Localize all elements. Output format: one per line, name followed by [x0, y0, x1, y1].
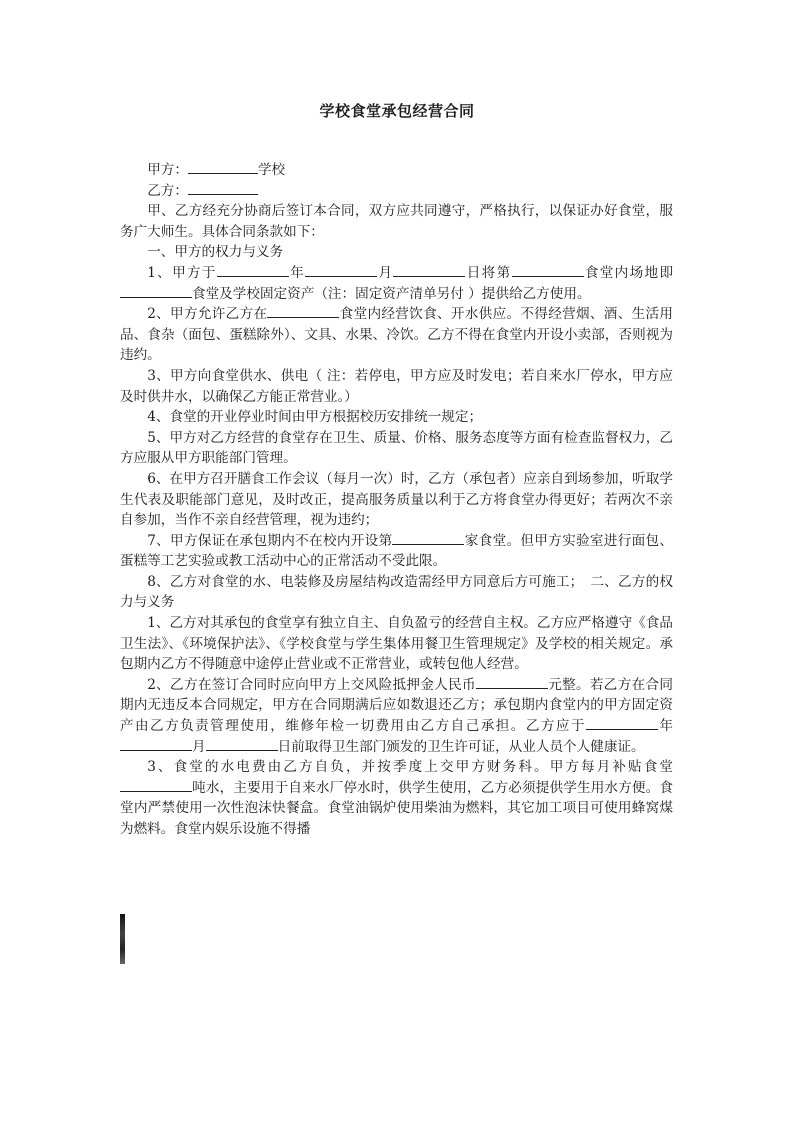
- blank-day: [206, 737, 278, 751]
- text: 2、甲方允许乙方在: [147, 306, 267, 322]
- text: 1、甲方于: [147, 265, 217, 281]
- blank-canteen-name: [267, 304, 339, 318]
- party-a-line: 甲方：学校: [120, 160, 673, 181]
- text: 食堂内场地即: [584, 265, 674, 281]
- document-title: 学校食堂承包经营合同: [0, 101, 794, 121]
- section1-clause4: 4、食堂的开业停业时间由甲方根据校历安排统一规定；: [120, 407, 673, 428]
- intro-paragraph: 甲、乙方经充分协商后签订本合同，双方应共同遵守，严格执行，以保证办好食堂，服务广…: [120, 201, 673, 242]
- section1-heading: 一、甲方的权力与义务: [120, 242, 673, 263]
- blank-month: [120, 737, 192, 751]
- section1-clause1: 1、甲方于年月日将第食堂内场地即食堂及学校固定资产（注：固定资产清单另付 ）提供…: [120, 263, 673, 304]
- section1-clause2: 2、甲方允许乙方在食堂内经营饮食、开水供应。不得经营烟、酒、生活用品、食杂（面包…: [120, 304, 673, 366]
- party-a-blank: [188, 160, 258, 174]
- section2-clause2: 2、乙方在签订合同时应向甲方上交风险抵押金人民币元整。若乙方在合同期内无违反本合…: [120, 675, 673, 757]
- party-b-blank: [188, 181, 258, 195]
- section1-clause3: 3、甲方向食堂供水、供电（ 注：若停电，甲方应及时发电；若自来水厂停水，甲方应及…: [120, 366, 673, 407]
- party-b-label: 乙方：: [147, 183, 188, 199]
- party-a-label: 甲方：: [147, 162, 188, 178]
- section2-clause3: 3、食堂的水电费由乙方自负，并按季度上交甲方财务科。甲方每月补贴食堂吨水，主要用…: [120, 757, 673, 839]
- text: 日前取得卫生部门颁发的卫生许可证，从业人员个人健康证。: [278, 739, 645, 755]
- party-b-line: 乙方：: [120, 181, 673, 202]
- text: 日将第: [465, 265, 511, 281]
- text: 7、甲方保证在承包期内不在校内开设第: [147, 533, 392, 549]
- section1-clause5: 5、甲方对乙方经营的食堂存在卫生、质量、价格、服务态度等方面有检查监督权力，乙方…: [120, 428, 673, 469]
- section1-clause6: 6、在甲方召开膳食工作会议（每月一次）时，乙方（承包者）应亲自到场参加，听取学生…: [120, 469, 673, 531]
- document-page: 学校食堂承包经营合同 甲方：学校 乙方： 甲、乙方经充分协商后签订本合同，双方应…: [0, 0, 794, 1123]
- text: 年: [289, 265, 305, 281]
- text: 3、食堂的水电费由乙方自负，并按季度上交甲方财务科。甲方每月补贴食堂: [147, 759, 673, 775]
- text: 月: [377, 265, 393, 281]
- document-body: 甲方：学校 乙方： 甲、乙方经充分协商后签订本合同，双方应共同遵守，严格执行，以…: [120, 160, 673, 840]
- section1-clause8: 8、乙方对食堂的水、电装修及房屋结构改造需经甲方同意后方可施工； 二、乙方的权力…: [120, 572, 673, 613]
- party-a-suffix: 学校: [258, 162, 285, 178]
- blank-canteen-no: [512, 263, 584, 277]
- text: 月: [192, 739, 206, 755]
- margin-mark: [120, 914, 125, 964]
- section1-clause7: 7、甲方保证在承包期内不在校内开设第家食堂。但甲方实验室进行面包、蛋糕等工艺实验…: [120, 531, 673, 572]
- blank-deposit: [476, 675, 548, 689]
- text: 吨水，主要用于自来水厂停水时，供学生使用，乙方必须提供学生用水方便。食堂内严禁使…: [120, 780, 673, 837]
- blank-year: [586, 716, 658, 730]
- text: 食堂及学校固定资产（注：固定资产清单另付 ）提供给乙方使用。: [192, 286, 591, 302]
- text: 年: [658, 718, 673, 734]
- blank-canteen-count: [392, 531, 464, 545]
- blank-day: [393, 263, 465, 277]
- blank-month: [305, 263, 377, 277]
- section2-clause1: 1、乙方对其承包的食堂享有独立自主、自负盈亏的经营自主权。乙方应严格遵守《食品卫…: [120, 613, 673, 675]
- blank-canteen: [120, 284, 192, 298]
- blank-water-tons: [120, 778, 192, 792]
- text: 2、乙方在签订合同时应向甲方上交风险抵押金人民币: [147, 677, 476, 693]
- blank-year: [217, 263, 289, 277]
